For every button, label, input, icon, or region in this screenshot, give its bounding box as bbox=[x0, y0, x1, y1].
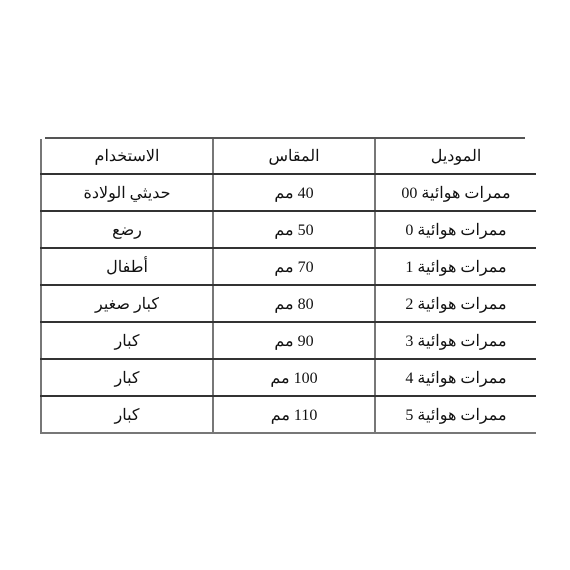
cell-model: ممرات هوائية 00 bbox=[375, 174, 536, 211]
cell-usage: كبار bbox=[41, 322, 213, 359]
cell-model: ممرات هوائية 5 bbox=[375, 396, 536, 433]
airway-sizes-table: الموديل المقاس الاستخدام ممرات هوائية 00… bbox=[40, 139, 536, 434]
table-header-row: الموديل المقاس الاستخدام bbox=[41, 139, 536, 174]
cell-size: 50 مم bbox=[213, 211, 375, 248]
cell-size: 110 مم bbox=[213, 396, 375, 433]
cell-usage: أطفال bbox=[41, 248, 213, 285]
cell-usage: كبار bbox=[41, 396, 213, 433]
cell-model: ممرات هوائية 2 bbox=[375, 285, 536, 322]
table-row: ممرات هوائية 5 110 مم كبار bbox=[41, 396, 536, 433]
cell-size: 40 مم bbox=[213, 174, 375, 211]
table-row: ممرات هوائية 1 70 مم أطفال bbox=[41, 248, 536, 285]
cell-usage: حديثي الولادة bbox=[41, 174, 213, 211]
cell-usage: رضع bbox=[41, 211, 213, 248]
table-row: ممرات هوائية 3 90 مم كبار bbox=[41, 322, 536, 359]
cell-size: 100 مم bbox=[213, 359, 375, 396]
cell-model: ممرات هوائية 3 bbox=[375, 322, 536, 359]
header-size: المقاس bbox=[213, 139, 375, 174]
header-model: الموديل bbox=[375, 139, 536, 174]
cell-size: 70 مم bbox=[213, 248, 375, 285]
table-row: ممرات هوائية 4 100 مم كبار bbox=[41, 359, 536, 396]
cell-usage: كبار bbox=[41, 359, 213, 396]
table-row: ممرات هوائية 00 40 مم حديثي الولادة bbox=[41, 174, 536, 211]
cell-size: 80 مم bbox=[213, 285, 375, 322]
table-row: ممرات هوائية 0 50 مم رضع bbox=[41, 211, 536, 248]
cell-size: 90 مم bbox=[213, 322, 375, 359]
cell-model: ممرات هوائية 1 bbox=[375, 248, 536, 285]
cell-usage: كبار صغير bbox=[41, 285, 213, 322]
cell-model: ممرات هوائية 4 bbox=[375, 359, 536, 396]
header-usage: الاستخدام bbox=[41, 139, 213, 174]
cell-model: ممرات هوائية 0 bbox=[375, 211, 536, 248]
table-row: ممرات هوائية 2 80 مم كبار صغير bbox=[41, 285, 536, 322]
